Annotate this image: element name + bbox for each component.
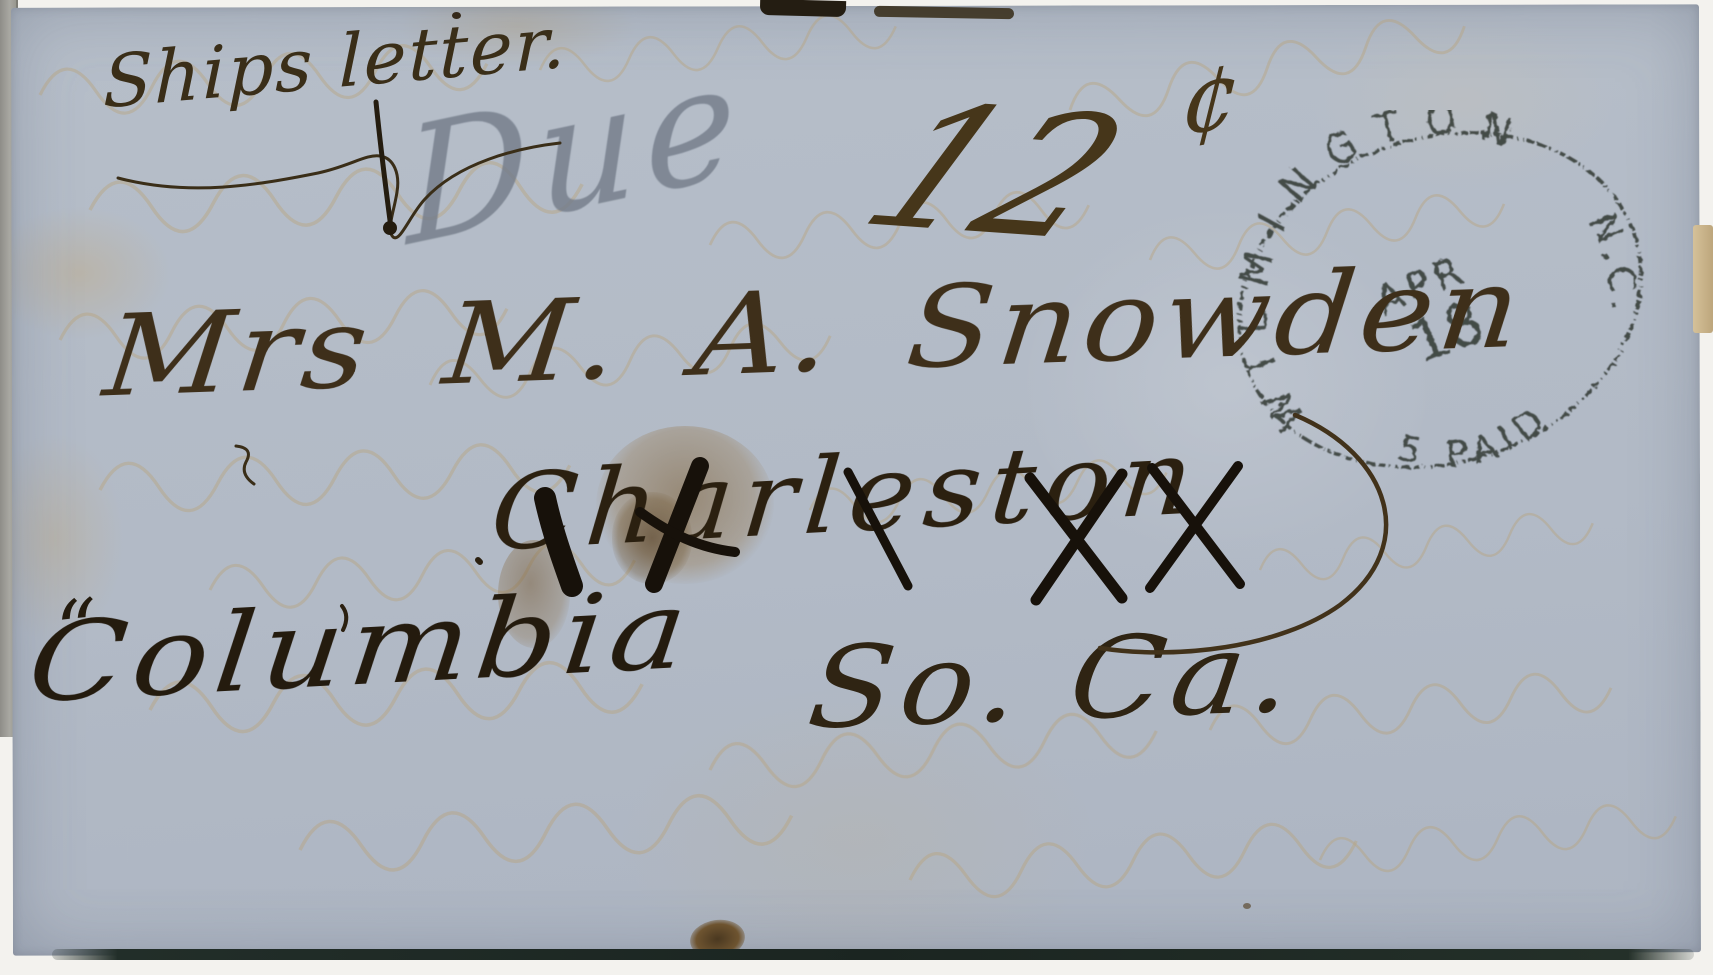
postmark-rate-paid: 5 PAID [1385, 391, 1565, 492]
stampless-cover-scan: Due WILMINGTON N.C. 5 PAID APR [0, 0, 1713, 975]
postmark-state: N.C. [1576, 205, 1654, 328]
bottom-speck [1243, 903, 1251, 909]
top-edge-stain [760, 0, 846, 17]
cent-mark: ¢ [1178, 38, 1243, 158]
state-line: So. Ca. [802, 607, 1306, 755]
svg-text:5 PAID: 5 PAID [1385, 391, 1565, 492]
top-edge-speck [452, 12, 461, 19]
bottom-fold-shadow [52, 949, 1694, 960]
svg-text:N.C.: N.C. [1576, 205, 1654, 328]
paper-flap-right [1693, 225, 1713, 333]
